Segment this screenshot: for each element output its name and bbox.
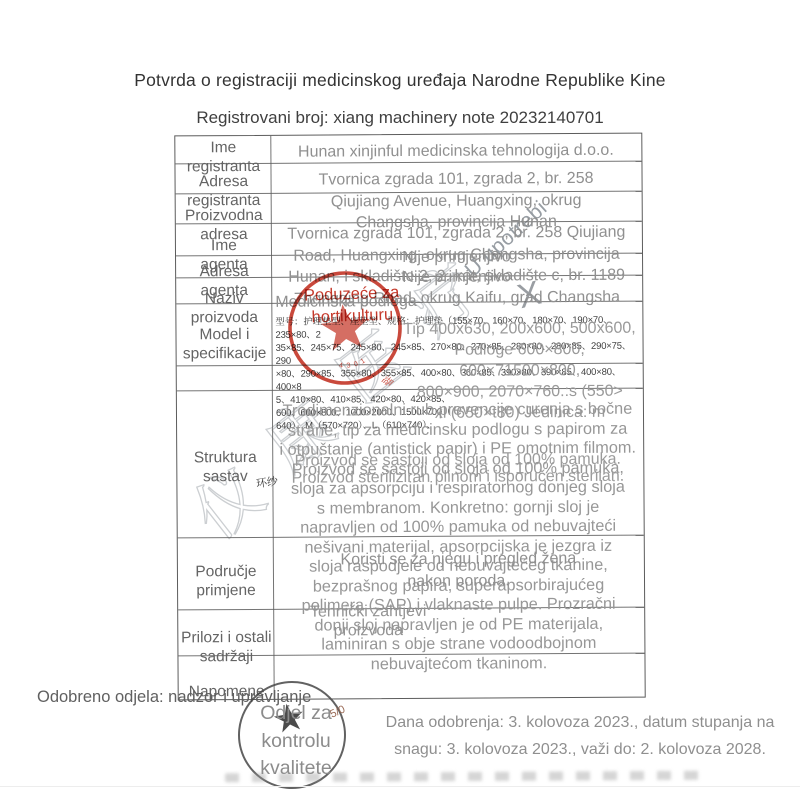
row-label-registrant-address: Adresa registranta bbox=[168, 172, 280, 211]
row-label-model-specs: Model i specifikacije bbox=[168, 325, 280, 364]
row-value-application-area: Koristi se za njegu i pregled žena nakon… bbox=[273, 548, 644, 593]
row-value-registrant-name: Hunan xinjinful medicinska tehnologija d… bbox=[270, 140, 641, 164]
row-label-product-name: Naziv proizvoda bbox=[168, 289, 280, 328]
faded-text-strip bbox=[225, 771, 705, 783]
row-label-attachments: Prilozi i ostali sadržaji bbox=[170, 628, 282, 667]
svg-text:4301: 4301 bbox=[338, 355, 371, 370]
validity-dates: Dana odobrenja: 3. kolovoza 2023., datum… bbox=[368, 710, 792, 763]
row-label-registrant-name: Ime registranta bbox=[167, 138, 279, 177]
row-label-application-area: Područje primjene bbox=[170, 562, 282, 601]
row-value-notes bbox=[274, 682, 645, 684]
row-label-structure: Struktura sastav bbox=[169, 448, 281, 487]
black-stamp-title: Odjel za kontrolu kvalitete bbox=[232, 700, 360, 783]
certificate-table: Ime registranta Adresa registranta Proiz… bbox=[174, 133, 645, 701]
red-stamp-code: 4301 bbox=[338, 355, 371, 370]
row-value-structure-overlay: Proizvod se sastoji od sloja od 100% pam… bbox=[272, 452, 643, 487]
row-value-attachments: Tehnički zahtjevi proizvoda bbox=[278, 602, 458, 641]
bottom-hairline bbox=[0, 786, 800, 787]
registration-number: Registrovani broj: xiang machinery note … bbox=[0, 108, 800, 128]
page-title: Potvrda o registraciji medicinskog uređa… bbox=[0, 70, 800, 91]
red-stamp-overlay-text: Poduzeće za hortikulturu bbox=[283, 281, 420, 330]
